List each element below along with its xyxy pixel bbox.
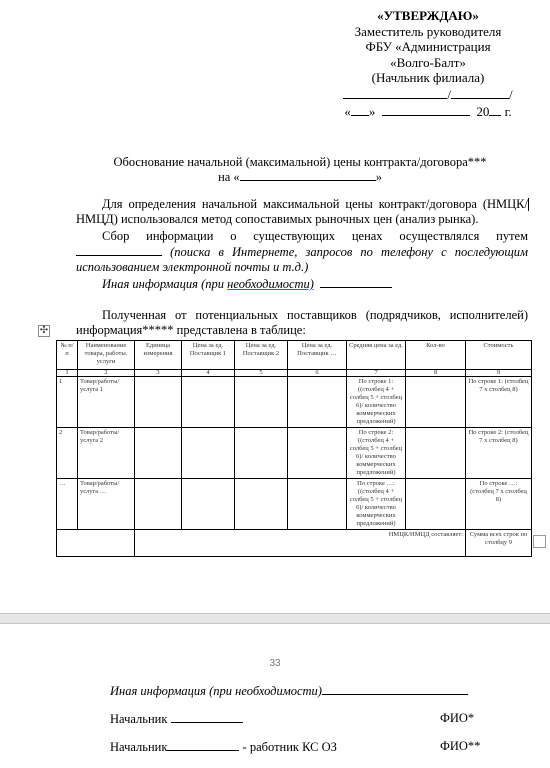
page-break-gap (0, 613, 550, 624)
header-cell[interactable]: Стоимость (466, 341, 532, 370)
title-line-1: Обоснование начальной (максимальной) цен… (60, 155, 540, 169)
table-row: 2 Товар/работы/ услуга 2 По строке 2: ((… (57, 428, 532, 479)
price-supplier-2-cell[interactable] (235, 428, 288, 479)
table-intro-paragraph[interactable]: Полученная от потенциальных поставщиков … (76, 308, 528, 338)
page-number: 33 (0, 658, 550, 669)
approval-line: (Начльник филиала) (328, 70, 528, 86)
quantity-cell[interactable] (406, 479, 466, 530)
column-number-cell[interactable]: 8 (406, 370, 466, 377)
average-price-cell[interactable]: По строке 1: ((столбец 4 + солбец 5 + ст… (347, 377, 406, 428)
header-cell[interactable]: Единица измерения (135, 341, 182, 370)
cost-cell[interactable]: По строке …: (столбец 7 х столбец 8) (466, 479, 532, 530)
price-supplier-2-cell[interactable] (235, 479, 288, 530)
column-number-cell[interactable]: 6 (288, 370, 347, 377)
chief-signature-line-1[interactable]: Начальник (110, 711, 243, 727)
table-row: … Товар/работы/ услуга … По строке …: ((… (57, 479, 532, 530)
quantity-cell[interactable] (406, 428, 466, 479)
other-info-line[interactable]: Иная информация (при необходимости) (110, 683, 468, 699)
column-number-cell[interactable]: 4 (182, 370, 235, 377)
total-value-cell[interactable]: Сумма всех строк по столбцу 9 (466, 530, 532, 557)
row-number-cell[interactable]: 2 (57, 428, 78, 479)
column-number-cell[interactable]: 3 (135, 370, 182, 377)
cost-cell[interactable]: По строке 2: (столбец 7 х столбец 8) (466, 428, 532, 479)
column-number-cell[interactable]: 1 (57, 370, 78, 377)
price-supplier-1-cell[interactable] (182, 377, 235, 428)
other-info-paragraph[interactable]: Иная информация (при необходимости) (76, 276, 528, 292)
spellcheck-word[interactable]: необходимости) (227, 277, 314, 291)
header-cell[interactable]: Кол-во (406, 341, 466, 370)
average-price-cell[interactable]: По строке …: ((столбец 4 + солбец 5 + ст… (347, 479, 406, 530)
approval-block: «УТВЕРЖДАЮ» Заместитель руководителя ФБУ… (328, 8, 528, 120)
header-cell[interactable]: Наименование товара, работы. услуги (78, 341, 135, 370)
header-cell[interactable]: Цена за ед. Поставщик … (288, 341, 347, 370)
column-number-cell[interactable]: 5 (235, 370, 288, 377)
price-supplier-1-cell[interactable] (182, 479, 235, 530)
column-number-cell[interactable]: 2 (78, 370, 135, 377)
total-empty-cell[interactable] (57, 530, 135, 557)
text-cursor (528, 198, 529, 211)
unit-cell[interactable] (135, 428, 182, 479)
table-resize-handle-icon[interactable] (533, 535, 546, 548)
document-page-2: 33 Иная информация (при необходимости) Н… (0, 625, 550, 768)
approval-line: «Волго-Балт» (328, 55, 528, 71)
fio-label-1: ФИО* (440, 711, 474, 726)
title-line-2: на «» (60, 169, 540, 184)
price-supplier-2-cell[interactable] (235, 377, 288, 428)
column-number-cell[interactable]: 7 (347, 370, 406, 377)
row-number-cell[interactable]: 1 (57, 377, 78, 428)
unit-cell[interactable] (135, 377, 182, 428)
column-number-row: 1 2 3 4 5 6 7 8 9 (57, 370, 532, 377)
document-title: Обоснование начальной (максимальной) цен… (60, 155, 540, 184)
quantity-cell[interactable] (406, 377, 466, 428)
price-table: № п/ п Наименование товара, работы. услу… (56, 340, 532, 557)
chief-signature-line-2[interactable]: Начальник - работник КС ОЗ (110, 739, 337, 755)
approval-date-line: «» 20 г. (328, 104, 528, 120)
cost-cell[interactable]: По строке 1: (столбец 7 х столбец 8) (466, 377, 532, 428)
table-row: 1 Товар/работы/ услуга 1 По строке 1: ((… (57, 377, 532, 428)
unit-cell[interactable] (135, 479, 182, 530)
table-header-row: № п/ п Наименование товара, работы. услу… (57, 341, 532, 370)
approval-line: ФБУ «Администрация (328, 39, 528, 55)
fio-label-2: ФИО** (440, 739, 480, 754)
price-supplier-n-cell[interactable] (288, 377, 347, 428)
header-cell[interactable]: Цена за ед. Поставщик 2 (235, 341, 288, 370)
collection-paragraph[interactable]: Сбор информации о существующих ценах осу… (76, 229, 528, 275)
method-paragraph[interactable]: Для определения начальной максимальной ц… (76, 197, 528, 227)
header-cell[interactable]: № п/ п (57, 341, 78, 370)
total-label-cell[interactable]: НМЦК/НМЦД составляет: (135, 530, 466, 557)
row-number-cell[interactable]: … (57, 479, 78, 530)
price-supplier-1-cell[interactable] (182, 428, 235, 479)
header-cell[interactable]: Средняя цена за ед. (347, 341, 406, 370)
approval-line: Заместитель руководителя (328, 24, 528, 40)
approval-heading: «УТВЕРЖДАЮ» (328, 8, 528, 24)
price-supplier-n-cell[interactable] (288, 428, 347, 479)
table-total-row: НМЦК/НМЦД составляет: Сумма всех строк п… (57, 530, 532, 557)
price-supplier-n-cell[interactable] (288, 479, 347, 530)
column-number-cell[interactable]: 9 (466, 370, 532, 377)
document-page-1: «УТВЕРЖДАЮ» Заместитель руководителя ФБУ… (0, 0, 550, 613)
header-cell[interactable]: Цена за ед. Поставщик 1 (182, 341, 235, 370)
item-name-cell[interactable]: Товар/работы/ услуга 1 (78, 377, 135, 428)
signature-line: // (328, 87, 528, 103)
table-move-handle-icon[interactable]: ✣ (38, 325, 50, 337)
item-name-cell[interactable]: Товар/работы/ услуга … (78, 479, 135, 530)
item-name-cell[interactable]: Товар/работы/ услуга 2 (78, 428, 135, 479)
average-price-cell[interactable]: По строке 2: ((столбец 4 + солбец 5 + ст… (347, 428, 406, 479)
